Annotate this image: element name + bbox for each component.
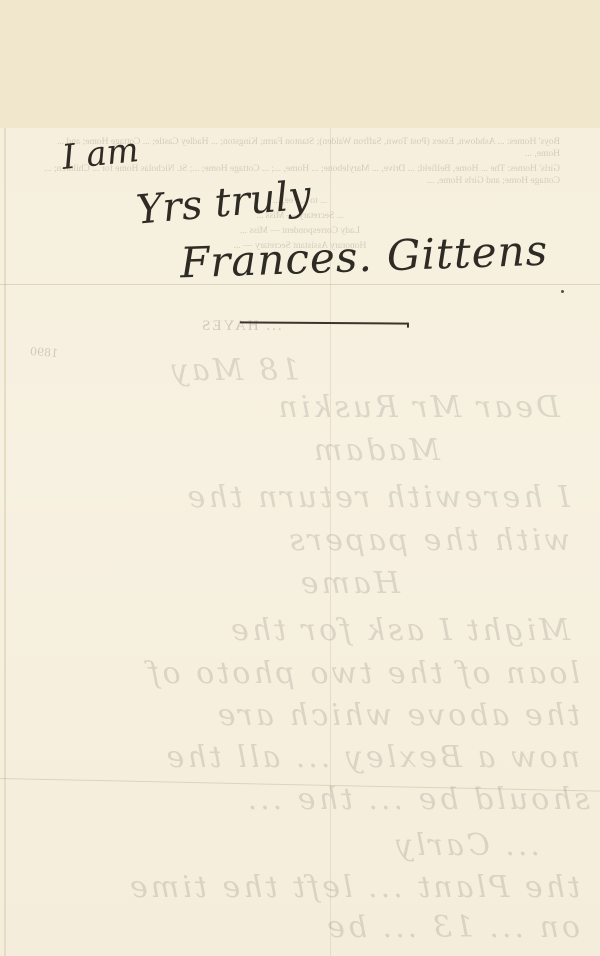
closing-line-1: I am — [60, 130, 141, 178]
ink-dot — [561, 290, 564, 293]
bleed-date: 18 May — [169, 353, 300, 388]
letter-page: Boys' Homes: ... Ashdown, Essex (Post To… — [0, 128, 600, 956]
scan-top-margin — [0, 0, 600, 128]
